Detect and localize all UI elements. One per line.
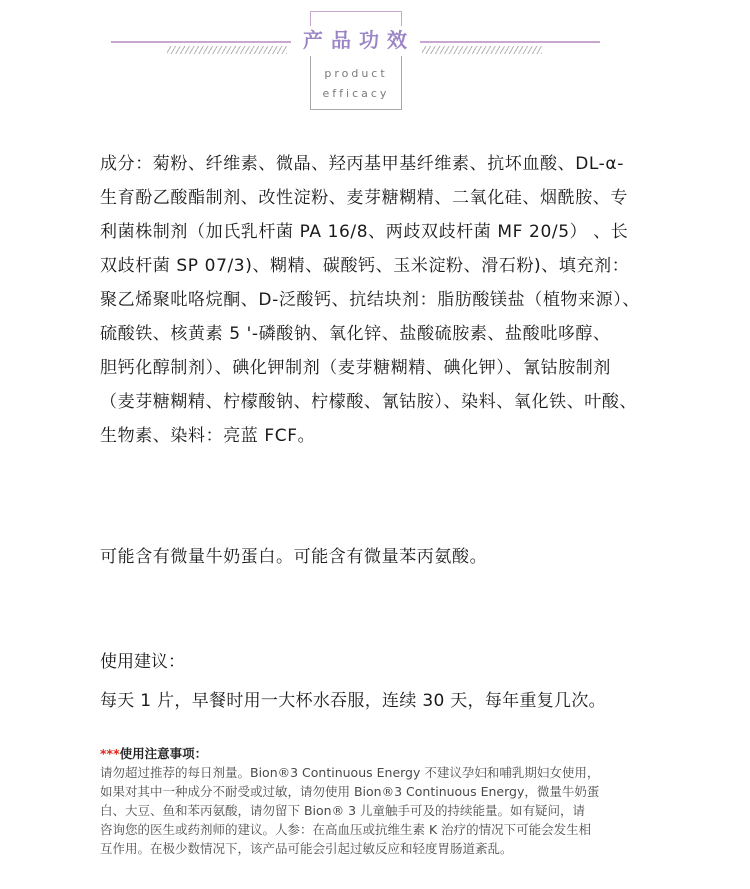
precautions-heading: ***使用注意事项： [100,744,660,763]
ingredients-line: 生育酚乙酸酯制剂、改性淀粉、麦芽糖糊精、二氧化硅、烟酰胺、专 [100,181,660,215]
precautions-line: 如果对其中一种成分不耐受或过敏，请勿使用 Bion®3 Continuous E… [100,782,660,801]
precautions-block: ***使用注意事项： 请勿超过推荐的每日剂量。Bion®3 Continuous… [100,744,660,858]
ingredients-line: 胆钙化醇制剂）、碘化钾制剂（麦芽糖糊精、碘化钾）、氰钴胺制剂 [100,351,660,385]
header-hatch-left [167,46,287,54]
precautions-line: 白、大豆、鱼和苯丙氨酸，请勿留下 Bion® 3 儿童触手可及的持续能量。如有疑… [100,801,660,820]
precautions-title: 使用注意事项： [120,746,208,761]
ingredients-line: 双歧杆菌 SP 07/3)、糊精、碳酸钙、玉米淀粉、滑石粉)、填充剂： [100,249,660,283]
section-subtitle-line1: product [312,67,400,81]
precautions-line: 请勿超过推荐的每日剂量。Bion®3 Continuous Energy 不建议… [100,763,660,782]
precautions-line: 互作用。在极少数情况下，该产品可能会引起过敏反应和轻度胃肠道紊乱。 [100,839,660,858]
precautions-line: 咨询您的医生或药剂师的建议。人参：在高血压或抗维生素 K 治疗的情况下可能会发生… [100,820,660,839]
header-frame-top [310,11,402,26]
ingredients-line: 聚乙烯聚吡咯烷酮、D-泛酸钙、抗结块剂：脂肪酸镁盐（植物来源）、 [100,283,660,317]
ingredients-block: 成分：菊粉、纤维素、微晶、羟丙基甲基纤维素、抗坏血酸、DL-α- 生育酚乙酸酯制… [100,147,660,453]
usage-title: 使用建议： [100,647,185,677]
warning-stars-icon: *** [100,746,120,761]
section-subtitle-line2: efficacy [312,87,400,101]
ingredients-paragraph: 成分：菊粉、纤维素、微晶、羟丙基甲基纤维素、抗坏血酸、DL-α- 生育酚乙酸酯制… [100,147,660,453]
header-line-right [420,41,600,43]
ingredients-line: （麦芽糖糊精、柠檬酸钠、柠檬酸、氰钴胺）、染料、氧化铁、叶酸、 [100,385,660,419]
allergen-notice: 可能含有微量牛奶蛋白。可能含有微量苯丙氨酸。 [100,542,487,572]
ingredients-line: 成分：菊粉、纤维素、微晶、羟丙基甲基纤维素、抗坏血酸、DL-α- [100,147,660,181]
section-header: 产品功效 product efficacy [0,0,750,115]
section-title: 产品功效 [296,28,416,52]
ingredients-line: 生物素、染料：亮蓝 FCF。 [100,419,660,453]
header-line-left [111,41,291,43]
header-hatch-right [422,46,542,54]
header-frame-bottom [310,56,402,110]
ingredients-line: 利菌株制剂（加氏乳杆菌 PA 16/8、两歧双歧杆菌 MF 20/5） 、长 [100,215,660,249]
ingredients-line: 硫酸铁、核黄素 5 '-磷酸钠、氧化锌、盐酸硫胺素、盐酸吡哆醇、 [100,317,660,351]
usage-instructions: 每天 1 片，早餐时用一大杯水吞服，连续 30 天，每年重复几次。 [100,686,606,716]
